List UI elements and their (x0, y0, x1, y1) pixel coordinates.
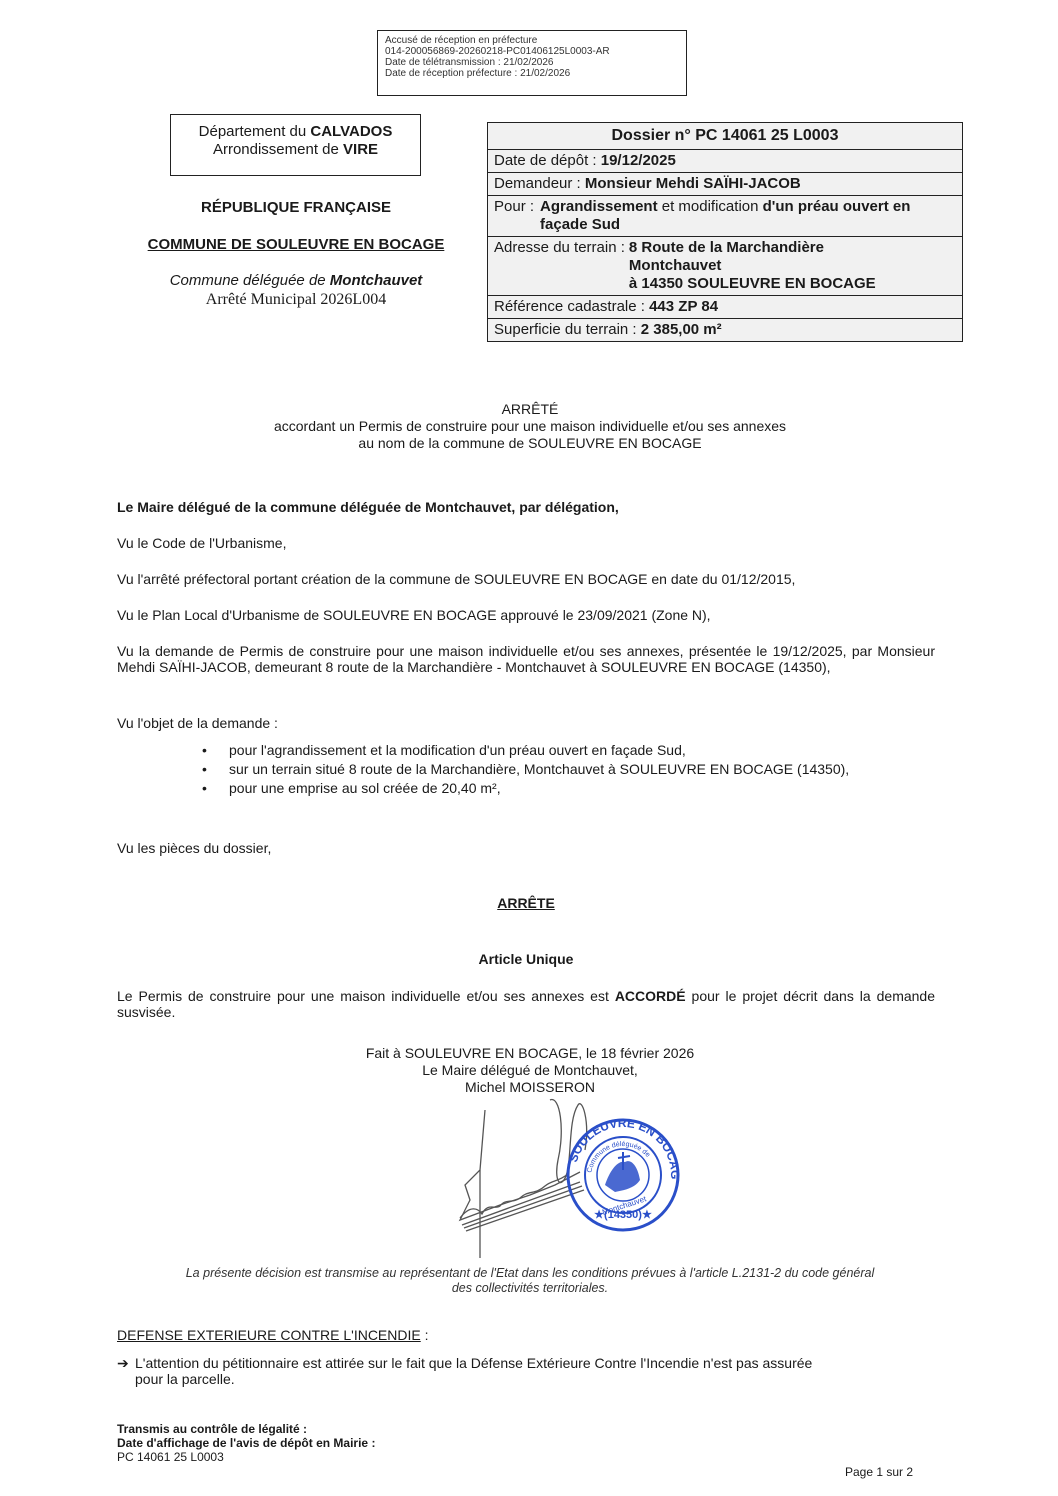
arrondissement-label: Arrondissement de (213, 141, 343, 158)
vu-pieces: Vu les pièces du dossier, (117, 840, 935, 856)
dossier-table: Dossier n° PC 14061 25 L0003 Date de dép… (487, 122, 963, 342)
cadastre-value: 443 ZP 84 (649, 298, 718, 315)
article-title: Article Unique (110, 951, 942, 967)
dossier-row-depot: Date de dépôt : 19/12/2025 (488, 149, 962, 172)
deleguee-name: Montchauvet (330, 272, 423, 289)
department-box: Département du CALVADOS Arrondissement d… (170, 114, 421, 176)
dossier-row-pour: Pour : Agrandissement et modification d'… (488, 195, 962, 236)
defense-text-line: pour la parcelle. (117, 1371, 947, 1387)
receipt-id: 014-200056869-20260218-PC01406125L0003-A… (385, 46, 679, 57)
depot-label: Date de dépôt : (494, 152, 601, 169)
receipt-transmission-date: Date de télétransmission : 21/02/2026 (385, 57, 679, 68)
cadastre-label: Référence cadastrale : (494, 298, 649, 315)
svg-text:SOULEUVRE EN BOCAGE: SOULEUVRE EN BOCAGE (440, 1090, 680, 1179)
dossier-title: Dossier n° PC 14061 25 L0003 (488, 123, 962, 149)
pour-value-part: et modification (658, 198, 763, 215)
vu-objet: Vu l'objet de la demande : (117, 715, 935, 731)
article-text: Le Permis de construire pour une maison … (117, 988, 935, 1020)
arrete-heading: ARRÊTÉ accordant un Permis de construire… (110, 401, 950, 452)
arrete-title: ARRÊTÉ (110, 401, 950, 418)
legal-notice: La présente décision est transmise au re… (110, 1266, 950, 1296)
dossier-row-adresse: Adresse du terrain : 8 Route de la March… (488, 236, 962, 295)
deleguee-label: Commune déléguée de (170, 272, 330, 289)
demandeur-label: Demandeur : (494, 175, 585, 192)
vu-demande: Vu la demande de Permis de construire po… (117, 643, 935, 675)
pour-value: Agrandissement et modification d'un préa… (540, 198, 956, 234)
list-item: sur un terrain situé 8 route de la March… (203, 761, 935, 777)
vu-code-urbanisme: Vu le Code de l'Urbanisme, (117, 535, 935, 551)
notice-line: La présente décision est transmise au re… (110, 1266, 950, 1281)
demandeur-value: Monsieur Mehdi SAÏHI-JACOB (585, 175, 801, 192)
page-number: Page 1 sur 2 (845, 1465, 913, 1479)
arrete-subtitle: accordant un Permis de construire pour u… (110, 418, 950, 435)
vu-arrete-prefectoral: Vu l'arrêté préfectoral portant création… (117, 571, 935, 587)
accorde-label: ACCORDÉ (615, 988, 686, 1004)
adresse-line: à 14350 SOULEUVRE EN BOCAGE (629, 275, 876, 293)
defense-title-suffix: : (421, 1327, 429, 1343)
dept-name: CALVADOS (310, 123, 392, 140)
receipt-reception-date: Date de réception préfecture : 21/02/202… (385, 68, 679, 79)
commune-title: COMMUNE DE SOULEUVRE EN BOCAGE (110, 236, 482, 253)
adresse-value: 8 Route de la Marchandière Montchauvet à… (629, 239, 876, 293)
dossier-row-demandeur: Demandeur : Monsieur Mehdi SAÏHI-JACOB (488, 172, 962, 195)
footer-date-affichage: Date d'affichage de l'avis de dépôt en M… (117, 1436, 375, 1450)
fait-a: Fait à SOULEUVRE EN BOCAGE, le 18 févrie… (300, 1045, 760, 1062)
vu-plu: Vu le Plan Local d'Urbanisme de SOULEUVR… (117, 607, 935, 623)
signature-block: Fait à SOULEUVRE EN BOCAGE, le 18 févrie… (300, 1045, 760, 1096)
signature-and-stamp: SOULEUVRE EN BOCAGE Commune déléguée de … (440, 1090, 680, 1260)
notice-line: des collectivités territoriales. (110, 1281, 950, 1296)
list-item: pour l'agrandissement et la modification… (203, 742, 935, 758)
list-item: pour une emprise au sol créée de 20,40 m… (203, 780, 935, 796)
commune-deleguee: Commune déléguée de Montchauvet (110, 272, 482, 289)
arrondissement-name: VIRE (343, 141, 378, 158)
adresse-label: Adresse du terrain : (494, 239, 625, 293)
pour-label: Pour : (494, 198, 534, 234)
signer-role: Le Maire délégué de Montchauvet, (300, 1062, 760, 1079)
article-text-part: Le Permis de construire pour une maison … (117, 988, 615, 1004)
arrete-number: Arrêté Municipal 2026L004 (110, 291, 482, 309)
depot-value: 19/12/2025 (601, 152, 676, 169)
prefecture-receipt-box: Accusé de réception en préfecture 014-20… (377, 30, 687, 96)
footer-dossier-ref: PC 14061 25 L0003 (117, 1450, 375, 1464)
adresse-line: Montchauvet (629, 257, 876, 275)
pour-value-part: Agrandissement (540, 198, 658, 215)
defense-incendie-title: DEFENSE EXTERIEURE CONTRE L'INCENDIE : (117, 1327, 429, 1343)
maire-statement: Le Maire délégué de la commune déléguée … (117, 499, 935, 515)
objet-list: pour l'agrandissement et la modification… (203, 742, 935, 799)
dossier-row-superficie: Superficie du terrain : 2 385,00 m² (488, 318, 962, 341)
footer-controle-legalite: Transmis au contrôle de légalité : (117, 1422, 307, 1436)
dossier-row-cadastre: Référence cadastrale : 443 ZP 84 (488, 295, 962, 318)
republic-title: RÉPUBLIQUE FRANÇAISE (110, 199, 482, 216)
arrete-decision-title: ARRÊTE (110, 895, 942, 911)
arrow-right-icon: ➔ (117, 1355, 135, 1371)
defense-text-line: L'attention du pétitionnaire est attirée… (135, 1355, 812, 1371)
superficie-value: 2 385,00 m² (641, 321, 722, 338)
defense-title: DEFENSE EXTERIEURE CONTRE L'INCENDIE (117, 1327, 421, 1343)
superficie-label: Superficie du terrain : (494, 321, 641, 338)
receipt-line: Accusé de réception en préfecture (385, 35, 679, 46)
footer-block: Transmis au contrôle de légalité : Date … (117, 1422, 375, 1464)
dept-label: Département du (199, 123, 311, 140)
defense-incendie-text: ➔L'attention du pétitionnaire est attiré… (117, 1355, 947, 1387)
arrete-subtitle-2: au nom de la commune de SOULEUVRE EN BOC… (110, 435, 950, 452)
adresse-line: 8 Route de la Marchandière (629, 239, 876, 257)
